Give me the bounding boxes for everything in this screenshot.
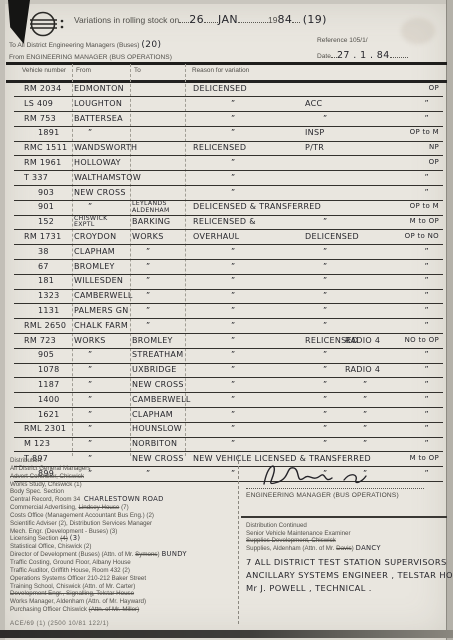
- from-cell: ”: [88, 350, 92, 359]
- vehicle-cell: 1891: [38, 128, 60, 137]
- reason-part: ”: [323, 247, 327, 256]
- from-cell: CAMBERWELL: [74, 291, 133, 300]
- vehicle-cell: RML 2301: [24, 424, 66, 433]
- vehicle-cell: T 337: [24, 173, 48, 182]
- distribution-item: Scientific Adviser (2), Distribution Ser…: [10, 520, 236, 528]
- from-cell: ”: [88, 395, 92, 404]
- distribution-handwritten-note: DANCY: [354, 544, 381, 552]
- reason-cell: ”””: [185, 245, 443, 259]
- distribution-continued-title: Distribution Continued: [246, 522, 450, 530]
- distribution-handwritten-note: BUNDY: [160, 550, 187, 558]
- to-cell: CLAPHAM: [132, 410, 173, 419]
- date-value-handwritten: 27 . 1 . 84: [337, 50, 390, 61]
- reason-part: ”: [323, 380, 327, 389]
- distribution-item: Traffic Costing, Ground Floor, Albany Ho…: [10, 559, 236, 567]
- distribution-item: Central Record, Room 34 CHARLESTOWN ROAD: [10, 496, 236, 504]
- reason-part: ”: [323, 306, 327, 315]
- reason-part: ”: [425, 424, 429, 433]
- vehicle-cell: 903: [38, 188, 54, 197]
- distribution-item: All District General Managers: [10, 465, 236, 473]
- from-cell: NEW CROSS: [74, 188, 126, 197]
- from-cell: WANDSWORTH: [74, 143, 137, 152]
- distribution-text-struck: Supplies Development, Chiswick: [246, 537, 336, 544]
- vehicle-cell: RM 1961: [24, 158, 61, 167]
- title-count-annotation: (19): [303, 13, 327, 26]
- from-cell: ”: [88, 365, 92, 374]
- reason-part: P/TR: [305, 143, 324, 152]
- distribution-text: Works Study, Chiswick (1): [10, 481, 82, 488]
- reason-cell: ””””: [185, 408, 443, 422]
- vehicle-cell: 1078: [38, 365, 60, 374]
- distribution-text: Senior Vehicle Maintenance Examiner: [246, 530, 351, 537]
- distribution-text: Body Spec. Section: [10, 488, 64, 495]
- reason-part: ”: [323, 321, 327, 330]
- from-cell: BATTERSEA: [74, 114, 123, 123]
- distribution-text: Director of Development (Buses) (Attn. o…: [10, 551, 135, 558]
- table-row: LS 409LOUGHTON”ACC”: [14, 97, 443, 112]
- vehicle-cell: 905: [38, 350, 54, 359]
- table-row: T 337WALTHAMSTOW””: [14, 171, 443, 186]
- reason-part: ”: [425, 276, 429, 285]
- vehicle-cell: RML 2650: [24, 321, 66, 330]
- distribution-item: Operations Systems Officer 210-212 Baker…: [10, 575, 236, 583]
- reason-part: ”: [231, 291, 235, 300]
- reason-part: ”: [231, 380, 235, 389]
- vehicle-cell: 1131: [38, 306, 60, 315]
- vehicle-cell: M 123: [24, 439, 50, 448]
- table-row: RM 1961HOLLOWAY”OP: [14, 156, 443, 171]
- to-typed: To All District Engineering Managers (Bu…: [9, 42, 139, 49]
- title-day-handwritten: 26: [189, 13, 204, 26]
- distribution-item: Supplies, Aldenham (Attn. of Mr. Davis)D…: [246, 545, 450, 553]
- scan-ink-blob: [8, 0, 30, 44]
- reason-cell: ”””: [185, 319, 443, 333]
- reference-block: Reference 105/1/ Date27 . 1 . 84: [317, 37, 437, 61]
- from-cell: WALTHAMSTOW: [74, 173, 141, 182]
- distribution-column-divider: [238, 456, 239, 624]
- reason-cell: ”””: [185, 349, 443, 363]
- title-month-handwritten: JAN: [218, 13, 238, 26]
- from-line: From ENGINEERING MANAGER (BUS OPERATIONS…: [9, 54, 172, 61]
- distribution-text: Commercial Advertising,: [10, 504, 78, 511]
- from-cell: HOLLOWAY: [74, 158, 121, 167]
- table-row: 905”STREATHAM”””: [14, 349, 443, 364]
- reason-part: OP to NO: [405, 232, 439, 240]
- handwritten-notes: 7 ALL DISTRICT TEST STATION SUPERVISORSA…: [246, 556, 451, 595]
- reason-part: ”: [231, 439, 235, 448]
- reason-cell: ”ACC”: [185, 97, 443, 111]
- table-row: RM 753BATTERSEA”””: [14, 112, 443, 127]
- reason-part: NP: [429, 143, 439, 151]
- dot-leader: [204, 14, 218, 23]
- distribution-text: Traffic Costing, Ground Floor, Albany Ho…: [10, 559, 131, 566]
- title-year-handwritten: 84: [278, 13, 293, 26]
- reason-part: ”: [363, 395, 367, 404]
- reason-part: ”: [323, 291, 327, 300]
- reason-cell: ”””: [185, 290, 443, 304]
- reason-part: DELICENSED: [193, 84, 247, 93]
- from-cell: LOUGHTON: [74, 99, 122, 108]
- reason-part: ”: [425, 262, 429, 271]
- distribution-text: Scientific Adviser (2), Distribution Ser…: [10, 520, 152, 527]
- to-cell: ”: [146, 276, 150, 285]
- vehicle-cell: 1187: [38, 380, 60, 389]
- reason-part: NO to OP: [405, 336, 439, 344]
- distribution-text-struck: Davis: [336, 545, 351, 552]
- table-row: 903NEW CROSS””: [14, 186, 443, 201]
- distribution-title: Distribution:: [10, 457, 236, 465]
- vehicle-cell: 1400: [38, 395, 60, 404]
- reason-part: M to OP: [410, 217, 439, 225]
- from-cell: ”: [88, 410, 92, 419]
- london-transport-roundel-icon: [29, 10, 71, 43]
- vehicle-cell: 67: [38, 262, 49, 271]
- distribution-item: Works Manager, Aldenham (Attn. of Mr. Ha…: [10, 598, 236, 606]
- to-annotation-handwritten: (20): [141, 40, 161, 50]
- handwritten-note-line: 7 ALL DISTRICT TEST STATION SUPERVISORS: [246, 556, 451, 569]
- distribution-text: Traffic Auditor, Griffith House, Room 43…: [10, 567, 130, 574]
- reason-cell: ””: [185, 171, 443, 185]
- distribution-text: Purchasing Officer Chiswick: [10, 606, 89, 613]
- distribution-right-rule: [241, 516, 447, 518]
- reason-part: ”: [231, 321, 235, 330]
- from-cell: ”: [88, 424, 92, 433]
- vehicle-cell: RMC 1511: [24, 143, 67, 152]
- distribution-text: (7): [119, 504, 128, 511]
- to-cell: ”: [146, 321, 150, 330]
- distribution-text: Licensing Section: [10, 535, 60, 542]
- reason-part: OP to M: [410, 128, 439, 136]
- distribution-handwritten-note: CHARLESTOWN ROAD: [82, 495, 164, 503]
- vehicle-cell: 1323: [38, 291, 60, 300]
- table-row: 1131PALMERS GN””””: [14, 304, 443, 319]
- reason-part: ”: [231, 424, 235, 433]
- distribution-item: Purchasing Officer Chiswick (Attn. of Mr…: [10, 606, 236, 614]
- scan-edge-top: [0, 0, 453, 4]
- vehicle-cell: LS 409: [24, 99, 53, 108]
- distribution-item: Commercial Advertising, Lindsey House (7…: [10, 504, 236, 512]
- reason-part: ”: [363, 380, 367, 389]
- distribution-text: All District General Managers: [10, 465, 90, 472]
- reason-part: OVERHAUL: [193, 232, 239, 241]
- scan-edge-left: [0, 0, 5, 640]
- distribution-item: Works Study, Chiswick (1): [10, 481, 236, 489]
- distribution-text: Training School, Chiswick (Attn. of Mr. …: [10, 583, 135, 590]
- reason-part: RADIO 4: [345, 336, 380, 345]
- signature-dotted-line: [246, 488, 424, 489]
- reason-cell: ””: [185, 186, 443, 200]
- to-cell: ”: [146, 291, 150, 300]
- table-row: 901”LEYLANDS ALDENHAMDELICENSED & TRANSF…: [14, 201, 443, 216]
- table-row: M 123”NORBITON””””: [14, 438, 443, 453]
- to-cell: NEW CROSS: [132, 380, 184, 389]
- table-row: 1187”NEW CROSS””””: [14, 378, 443, 393]
- reason-cell: ””””: [185, 423, 443, 437]
- col-header-from: From: [76, 67, 91, 74]
- reason-part: ”: [231, 395, 235, 404]
- from-cell: CLAPHAM: [74, 247, 115, 256]
- vehicle-cell: RM 1731: [24, 232, 61, 241]
- document-title: Variations in rolling stock on26JAN1984 …: [74, 13, 327, 26]
- reason-part: ”: [323, 365, 327, 374]
- dot-leader: [179, 14, 189, 23]
- table-row: 181WILLESDEN””””: [14, 275, 443, 290]
- reason-part: ”: [323, 395, 327, 404]
- from-cell: ”: [88, 380, 92, 389]
- reason-cell: ””””: [185, 438, 443, 452]
- signature-role: ENGINEERING MANAGER (BUS OPERATIONS): [246, 492, 446, 499]
- from-cell: WORKS: [74, 336, 106, 345]
- reason-cell: ”RELICENSEDRADIO 4NO to OP: [185, 334, 443, 348]
- distribution-text: Operations Systems Officer 210-212 Baker…: [10, 575, 146, 582]
- reason-part: ”: [231, 336, 235, 345]
- reason-part: ”: [231, 410, 235, 419]
- scanned-memo-page: Variations in rolling stock on26JAN1984 …: [0, 0, 453, 640]
- reason-part: ”: [231, 365, 235, 374]
- table-body: RM 2034EDMONTONDELICENSEDOPLS 409LOUGHTO…: [14, 83, 443, 483]
- from-typed: From ENGINEERING MANAGER (BUS OPERATIONS…: [9, 54, 172, 61]
- vehicle-cell: RM 2034: [24, 84, 61, 93]
- reason-part: ”: [363, 439, 367, 448]
- reason-part: ”: [363, 410, 367, 419]
- from-cell: PALMERS GN: [74, 306, 129, 315]
- reason-part: OP to M: [410, 202, 439, 210]
- distribution-text: Costs Office (Management Accountant Bus …: [10, 512, 154, 519]
- reason-part: ”: [231, 306, 235, 315]
- distribution-left-column: Distribution: All District General Manag…: [10, 457, 236, 614]
- to-cell: UXBRIDGE: [132, 365, 177, 374]
- reason-part: DELICENSED & TRANSFERRED: [193, 202, 321, 211]
- reason-part: ”: [323, 439, 327, 448]
- to-line: To All District Engineering Managers (Bu…: [9, 40, 161, 50]
- reason-part: ”: [425, 99, 429, 108]
- to-cell: ”: [146, 247, 150, 256]
- reason-part: ”: [425, 173, 429, 182]
- reason-part: ”: [231, 158, 235, 167]
- table-row: RM 723WORKSBROMLEY”RELICENSEDRADIO 4NO t…: [14, 334, 443, 349]
- vehicle-cell: 181: [38, 276, 54, 285]
- handwritten-note-line: ANCILLARY SYSTEMS ENGINEER , TELSTAR HOU…: [246, 569, 451, 582]
- reason-part: ”: [231, 276, 235, 285]
- reason-part: ”: [425, 291, 429, 300]
- distribution-text: Central Record, Room 34: [10, 496, 82, 503]
- reason-part: ”: [425, 306, 429, 315]
- reason-part: ”: [323, 350, 327, 359]
- reason-part: ”: [231, 128, 235, 137]
- table-row: RML 2650CHALK FARM””””: [14, 319, 443, 334]
- to-cell: LEYLANDS ALDENHAM: [132, 201, 170, 213]
- col-header-reason: Reason for variation: [192, 67, 249, 74]
- table-row: 67BROMLEY””””: [14, 260, 443, 275]
- reason-cell: RELICENSEDP/TRNP: [185, 142, 443, 156]
- distribution-item: Director of Development (Buses) (Attn. o…: [10, 551, 236, 559]
- dot-leader: [390, 49, 408, 58]
- date-label: Date: [317, 53, 331, 60]
- reason-part: ”: [425, 365, 429, 374]
- reference-value: 105/1/: [349, 37, 367, 44]
- reason-cell: ”””: [185, 275, 443, 289]
- title-year-prefix: 19: [268, 15, 277, 25]
- reason-part: ”: [231, 173, 235, 182]
- distribution-handwritten-note: (3): [68, 534, 81, 542]
- dot-leader: [292, 14, 300, 23]
- reference-label: Reference: [317, 37, 347, 44]
- distribution-text-struck: (Attn. of Mr. Miller): [89, 606, 140, 613]
- reason-part: DELICENSED: [305, 232, 359, 241]
- reason-part: ”: [323, 276, 327, 285]
- distribution-text: Works Manager, Aldenham (Attn. of Mr. Ha…: [10, 598, 146, 605]
- distribution-text-struck: Development Engr., Signalling, Telstar H…: [10, 590, 134, 597]
- from-cell: CROYDON: [74, 232, 116, 241]
- to-cell: NORBITON: [132, 439, 177, 448]
- to-cell: STREATHAM: [132, 350, 183, 359]
- handwritten-note-line: Mr J. POWELL , TECHNICAL .: [246, 582, 451, 595]
- distribution-item: Advert Controller, Chiswick: [10, 473, 236, 481]
- vehicle-cell: RM 723: [24, 336, 56, 345]
- reason-part: ”: [231, 188, 235, 197]
- from-cell: ”: [88, 128, 92, 137]
- to-cell: CAMBERWELL: [132, 395, 191, 404]
- reason-cell: ”””: [185, 260, 443, 274]
- reason-cell: ”””: [185, 112, 443, 126]
- table-row: RM 1731CROYDONWORKSOVERHAULDELICENSEDOP …: [14, 230, 443, 245]
- table-row: 1323CAMBERWELL””””: [14, 290, 443, 305]
- reason-part: ”: [323, 262, 327, 271]
- reason-part: ”: [323, 424, 327, 433]
- reason-part: ”: [231, 262, 235, 271]
- to-cell: WORKS: [132, 232, 164, 241]
- distribution-text: Statistical Office, Chiswick (2): [10, 543, 91, 550]
- reason-part: OP: [429, 84, 439, 92]
- col-header-to: To: [134, 67, 141, 74]
- distribution-text: Mech. Engr. (Development - Buses) (3): [10, 528, 117, 535]
- reason-cell: DELICENSED & TRANSFERREDOP to M: [185, 201, 443, 215]
- table-row: 1078”UXBRIDGE””RADIO 4”: [14, 364, 443, 379]
- scan-edge-bottom: [0, 630, 453, 638]
- reason-part: ”: [425, 410, 429, 419]
- reason-cell: DELICENSEDOP: [185, 83, 443, 97]
- reason-part: ”: [425, 350, 429, 359]
- title-typed: Variations in rolling stock on: [74, 15, 179, 25]
- reason-cell: ”INSPOP to M: [185, 127, 443, 141]
- vehicle-cell: 38: [38, 247, 49, 256]
- reason-part: ”: [425, 395, 429, 404]
- from-cell: WILLESDEN: [74, 276, 123, 285]
- col-header-vehicle: Vehicle number: [22, 67, 66, 74]
- reason-part: ”: [425, 114, 429, 123]
- distribution-right-column: Distribution Continued Senior Vehicle Ma…: [246, 522, 450, 552]
- signature-block: ENGINEERING MANAGER (BUS OPERATIONS): [246, 458, 446, 499]
- from-cell: CHISWICK EXPTL: [74, 216, 107, 228]
- vehicle-cell: 152: [38, 217, 54, 226]
- distribution-text-struck: (4): [60, 535, 68, 542]
- reason-cell: ”OP: [185, 156, 443, 170]
- vehicle-cell: 901: [38, 202, 54, 211]
- from-cell: ”: [88, 202, 92, 211]
- reason-part: ”: [323, 114, 327, 123]
- to-cell: BARKING: [132, 217, 170, 226]
- reason-part: RELICENSED: [193, 143, 246, 152]
- reason-part: ”: [425, 439, 429, 448]
- to-cell: ”: [146, 262, 150, 271]
- reason-cell: ””RADIO 4”: [185, 364, 443, 378]
- table-row: 1621”CLAPHAM””””: [14, 408, 443, 423]
- reason-part: ”: [231, 114, 235, 123]
- vehicle-cell: 1621: [38, 410, 60, 419]
- table-row: RMC 1511WANDSWORTHRELICENSEDP/TRNP: [14, 142, 443, 157]
- dot-leader: [238, 14, 268, 23]
- reason-part: ”: [425, 321, 429, 330]
- from-cell: EDMONTON: [74, 84, 124, 93]
- reason-part: ”: [425, 247, 429, 256]
- reason-part: INSP: [305, 128, 324, 137]
- to-cell: BROMLEY: [132, 336, 173, 345]
- distribution-item: Traffic Auditor, Griffith House, Room 43…: [10, 567, 236, 575]
- reason-cell: ”””: [185, 304, 443, 318]
- reason-cell: ””””: [185, 393, 443, 407]
- reason-cell: OVERHAULDELICENSEDOP to NO: [185, 230, 443, 244]
- reason-part: ”: [425, 380, 429, 389]
- distribution-text-struck: Lindsey House: [78, 504, 119, 511]
- reason-part: RADIO 4: [345, 365, 380, 374]
- table-row: 152CHISWICK EXPTLBARKINGRELICENSED &”M t…: [14, 216, 443, 231]
- table-row: 1891””INSPOP to M: [14, 127, 443, 142]
- reason-part: ”: [323, 217, 327, 226]
- reason-part: ”: [323, 410, 327, 419]
- reason-part: ACC: [305, 99, 322, 108]
- distribution-left-list: All District General ManagersAdvert Cont…: [10, 465, 236, 614]
- vehicle-cell: RM 753: [24, 114, 56, 123]
- distribution-text: Supplies, Aldenham (Attn. of Mr.: [246, 545, 336, 552]
- from-cell: BROMLEY: [74, 262, 115, 271]
- distribution-item: Senior Vehicle Maintenance Examiner: [246, 530, 450, 538]
- signature-icon: [260, 458, 390, 492]
- table-row: 38CLAPHAM””””: [14, 245, 443, 260]
- table-row: RM 2034EDMONTONDELICENSEDOP: [14, 83, 443, 98]
- reason-part: RELICENSED &: [193, 217, 256, 226]
- reason-part: OP: [429, 158, 439, 166]
- table-row: 1400”CAMBERWELL””””: [14, 393, 443, 408]
- reason-part: ”: [363, 424, 367, 433]
- distribution-item: Statistical Office, Chiswick (2): [10, 543, 236, 551]
- to-cell: HOUNSLOW: [132, 424, 182, 433]
- distribution-right-list: Senior Vehicle Maintenance ExaminerSuppl…: [246, 530, 450, 553]
- distribution-text-struck: Symons: [135, 551, 157, 558]
- form-code: ACE/69 (1) (2500 10/81 122/1): [10, 620, 109, 627]
- reason-part: ”: [231, 247, 235, 256]
- distribution-item: Licensing Section (4)(3): [10, 535, 236, 543]
- distribution-item: Training School, Chiswick (Attn. of Mr. …: [10, 583, 236, 591]
- distribution-item: Costs Office (Management Accountant Bus …: [10, 512, 236, 520]
- distribution-text-struck: Advert Controller, Chiswick: [10, 473, 84, 480]
- distribution-item: Supplies Development, Chiswick: [246, 537, 450, 545]
- distribution-item: Development Engr., Signalling, Telstar H…: [10, 590, 236, 598]
- table-row: RML 2301”HOUNSLOW””””: [14, 423, 443, 438]
- reason-part: ”: [231, 350, 235, 359]
- from-cell: ”: [88, 439, 92, 448]
- reason-cell: ””””: [185, 378, 443, 392]
- reason-cell: RELICENSED &”M to OP: [185, 216, 443, 230]
- to-cell: ”: [146, 306, 150, 315]
- reason-part: ”: [231, 99, 235, 108]
- from-cell: CHALK FARM: [74, 321, 128, 330]
- reason-part: ”: [425, 188, 429, 197]
